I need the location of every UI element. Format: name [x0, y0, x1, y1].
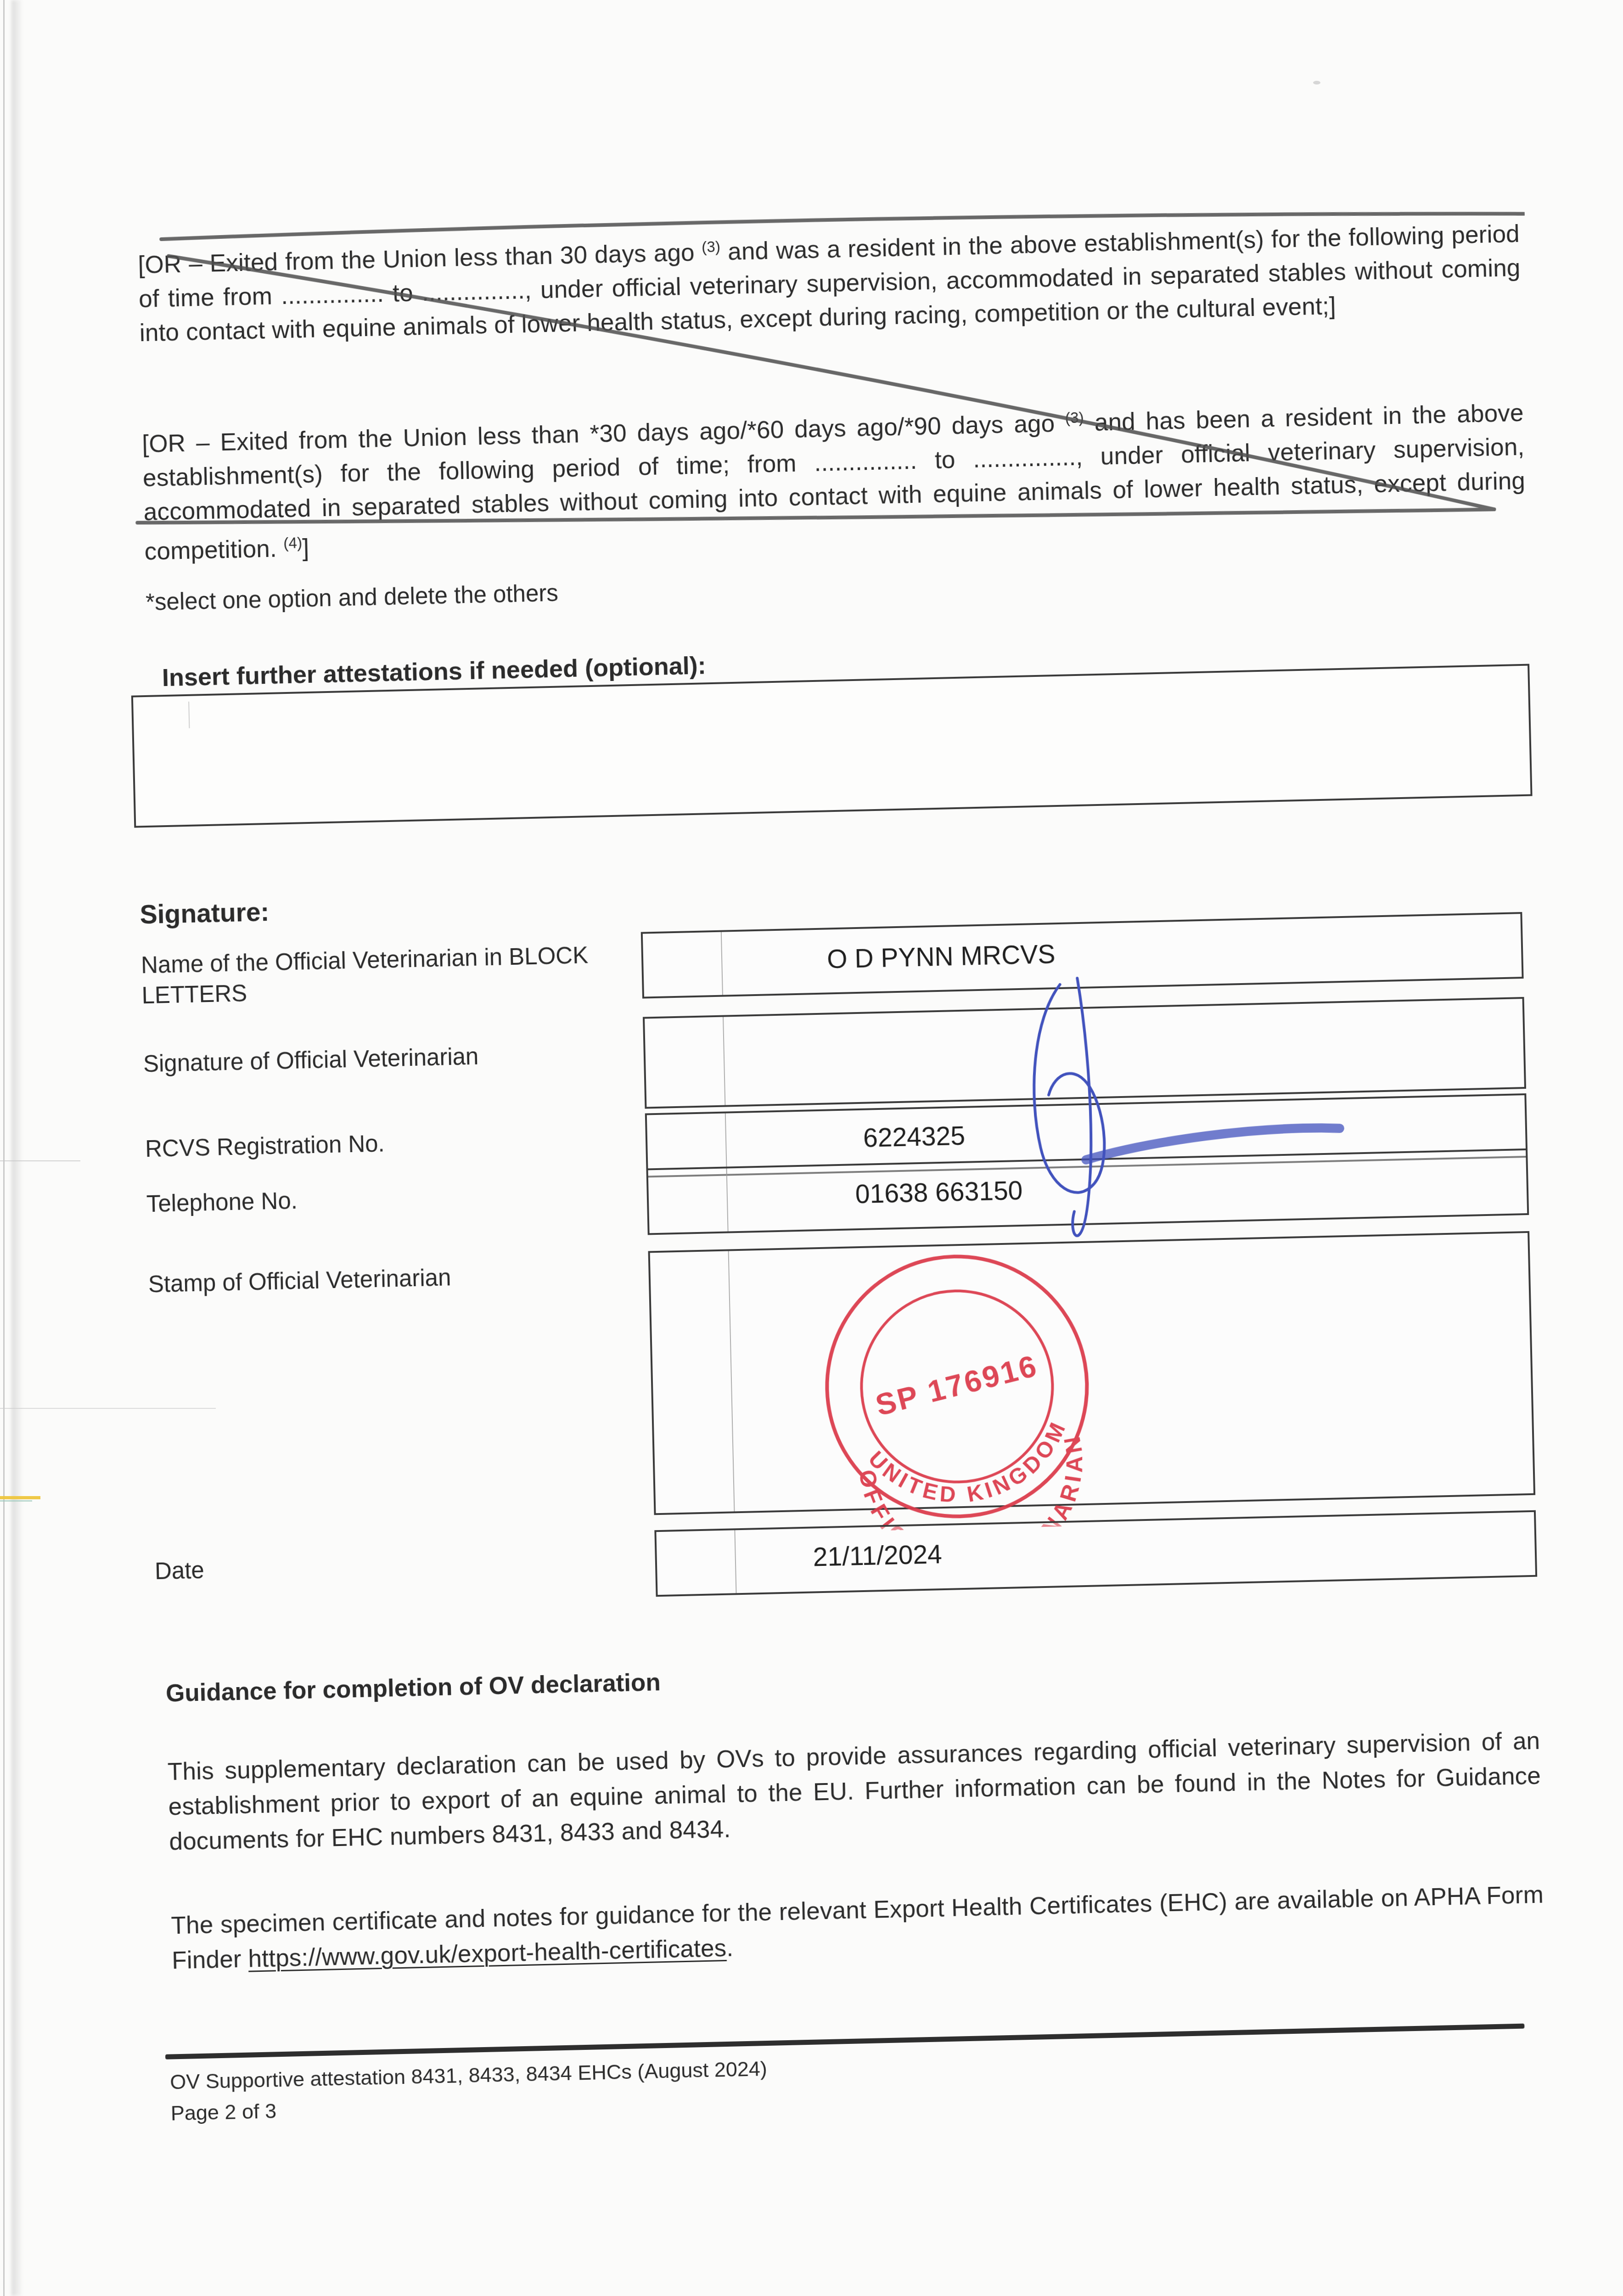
guidance-heading: Guidance for completion of OV declaratio… [165, 1668, 661, 1707]
telephone-label: Telephone No. [146, 1178, 638, 1219]
option1-text: [OR – Exited from the Union less than 30… [138, 239, 702, 279]
footer-rule [165, 2024, 1524, 2060]
option1-paragraph: [OR – Exited from the Union less than 30… [137, 212, 1522, 350]
scan-artifact-tick [188, 702, 190, 728]
select-option-note: *select one option and delete the others [146, 580, 559, 616]
date-label: Date [154, 1545, 646, 1587]
document-content: [OR – Exited from the Union less than 30… [119, 182, 1569, 2188]
field-divider-line [734, 1530, 736, 1593]
scan-edge-band [11, 0, 22, 2296]
field-divider-line [726, 1169, 729, 1232]
stamp-number-text: SP 176916 [872, 1348, 1041, 1422]
export-health-certificates-link[interactable]: https://www.gov.uk/export-health-certifi… [248, 1935, 727, 1973]
option2-text-end: ] [302, 535, 309, 562]
footnote-ref-3: (3) [702, 238, 721, 255]
further-attestations-field [131, 664, 1533, 828]
name-value: O D PYNN MRCVS [827, 939, 1056, 974]
signature-label: Signature of Official Veterinarian [143, 1038, 635, 1079]
option2-paragraph: [OR – Exited from the Union less than *3… [141, 391, 1526, 569]
scan-artifact-teal-mark [0, 1500, 32, 1502]
telephone-value: 01638 663150 [855, 1176, 1023, 1210]
field-divider-line [721, 932, 723, 995]
option1-text-cont: and was a resident in the above establis… [139, 220, 1521, 347]
scan-artifact-hairline [0, 1160, 80, 1161]
guidance-paragraph: This supplementary declaration can be us… [167, 1724, 1542, 1860]
specimen-text-end: . [726, 1935, 734, 1962]
date-field: 21/11/2024 [654, 1510, 1537, 1597]
name-label: Name of the Official Veterinarian in BLO… [140, 939, 633, 1011]
field-divider-line [723, 1017, 725, 1105]
rcvs-value: 6224325 [863, 1121, 965, 1154]
signature-field [643, 997, 1526, 1109]
footnote-ref-3: (3) [1065, 409, 1084, 426]
date-value: 21/11/2024 [813, 1539, 942, 1572]
scanned-document-page: { "colors": { "stamp": "#db3949", "signa… [0, 0, 1623, 2296]
footer-page-number: Page 2 of 3 [170, 2097, 277, 2127]
footnote-ref-4: (4) [283, 534, 303, 551]
rcvs-label: RCVS Registration No. [145, 1123, 636, 1164]
stamp-label: Stamp of Official Veterinarian [148, 1258, 640, 1300]
specimen-paragraph: The specimen certificate and notes for g… [171, 1878, 1545, 1979]
scan-edge-line [3, 0, 5, 2296]
field-divider-line [725, 1114, 727, 1174]
scan-artifact-yellow-mark [0, 1496, 40, 1499]
footer-document-title: OV Supportive attestation 8431, 8433, 84… [170, 2054, 768, 2096]
official-veterinarian-stamp: OFFICIAL VETERINARIAN UNITED KINGDOM SP … [811, 1241, 1102, 1532]
field-divider-line [728, 1251, 735, 1511]
name-field: O D PYNN MRCVS [641, 912, 1524, 999]
scan-artifact-speck [1313, 81, 1320, 84]
signature-section-heading: Signature: [140, 897, 270, 930]
